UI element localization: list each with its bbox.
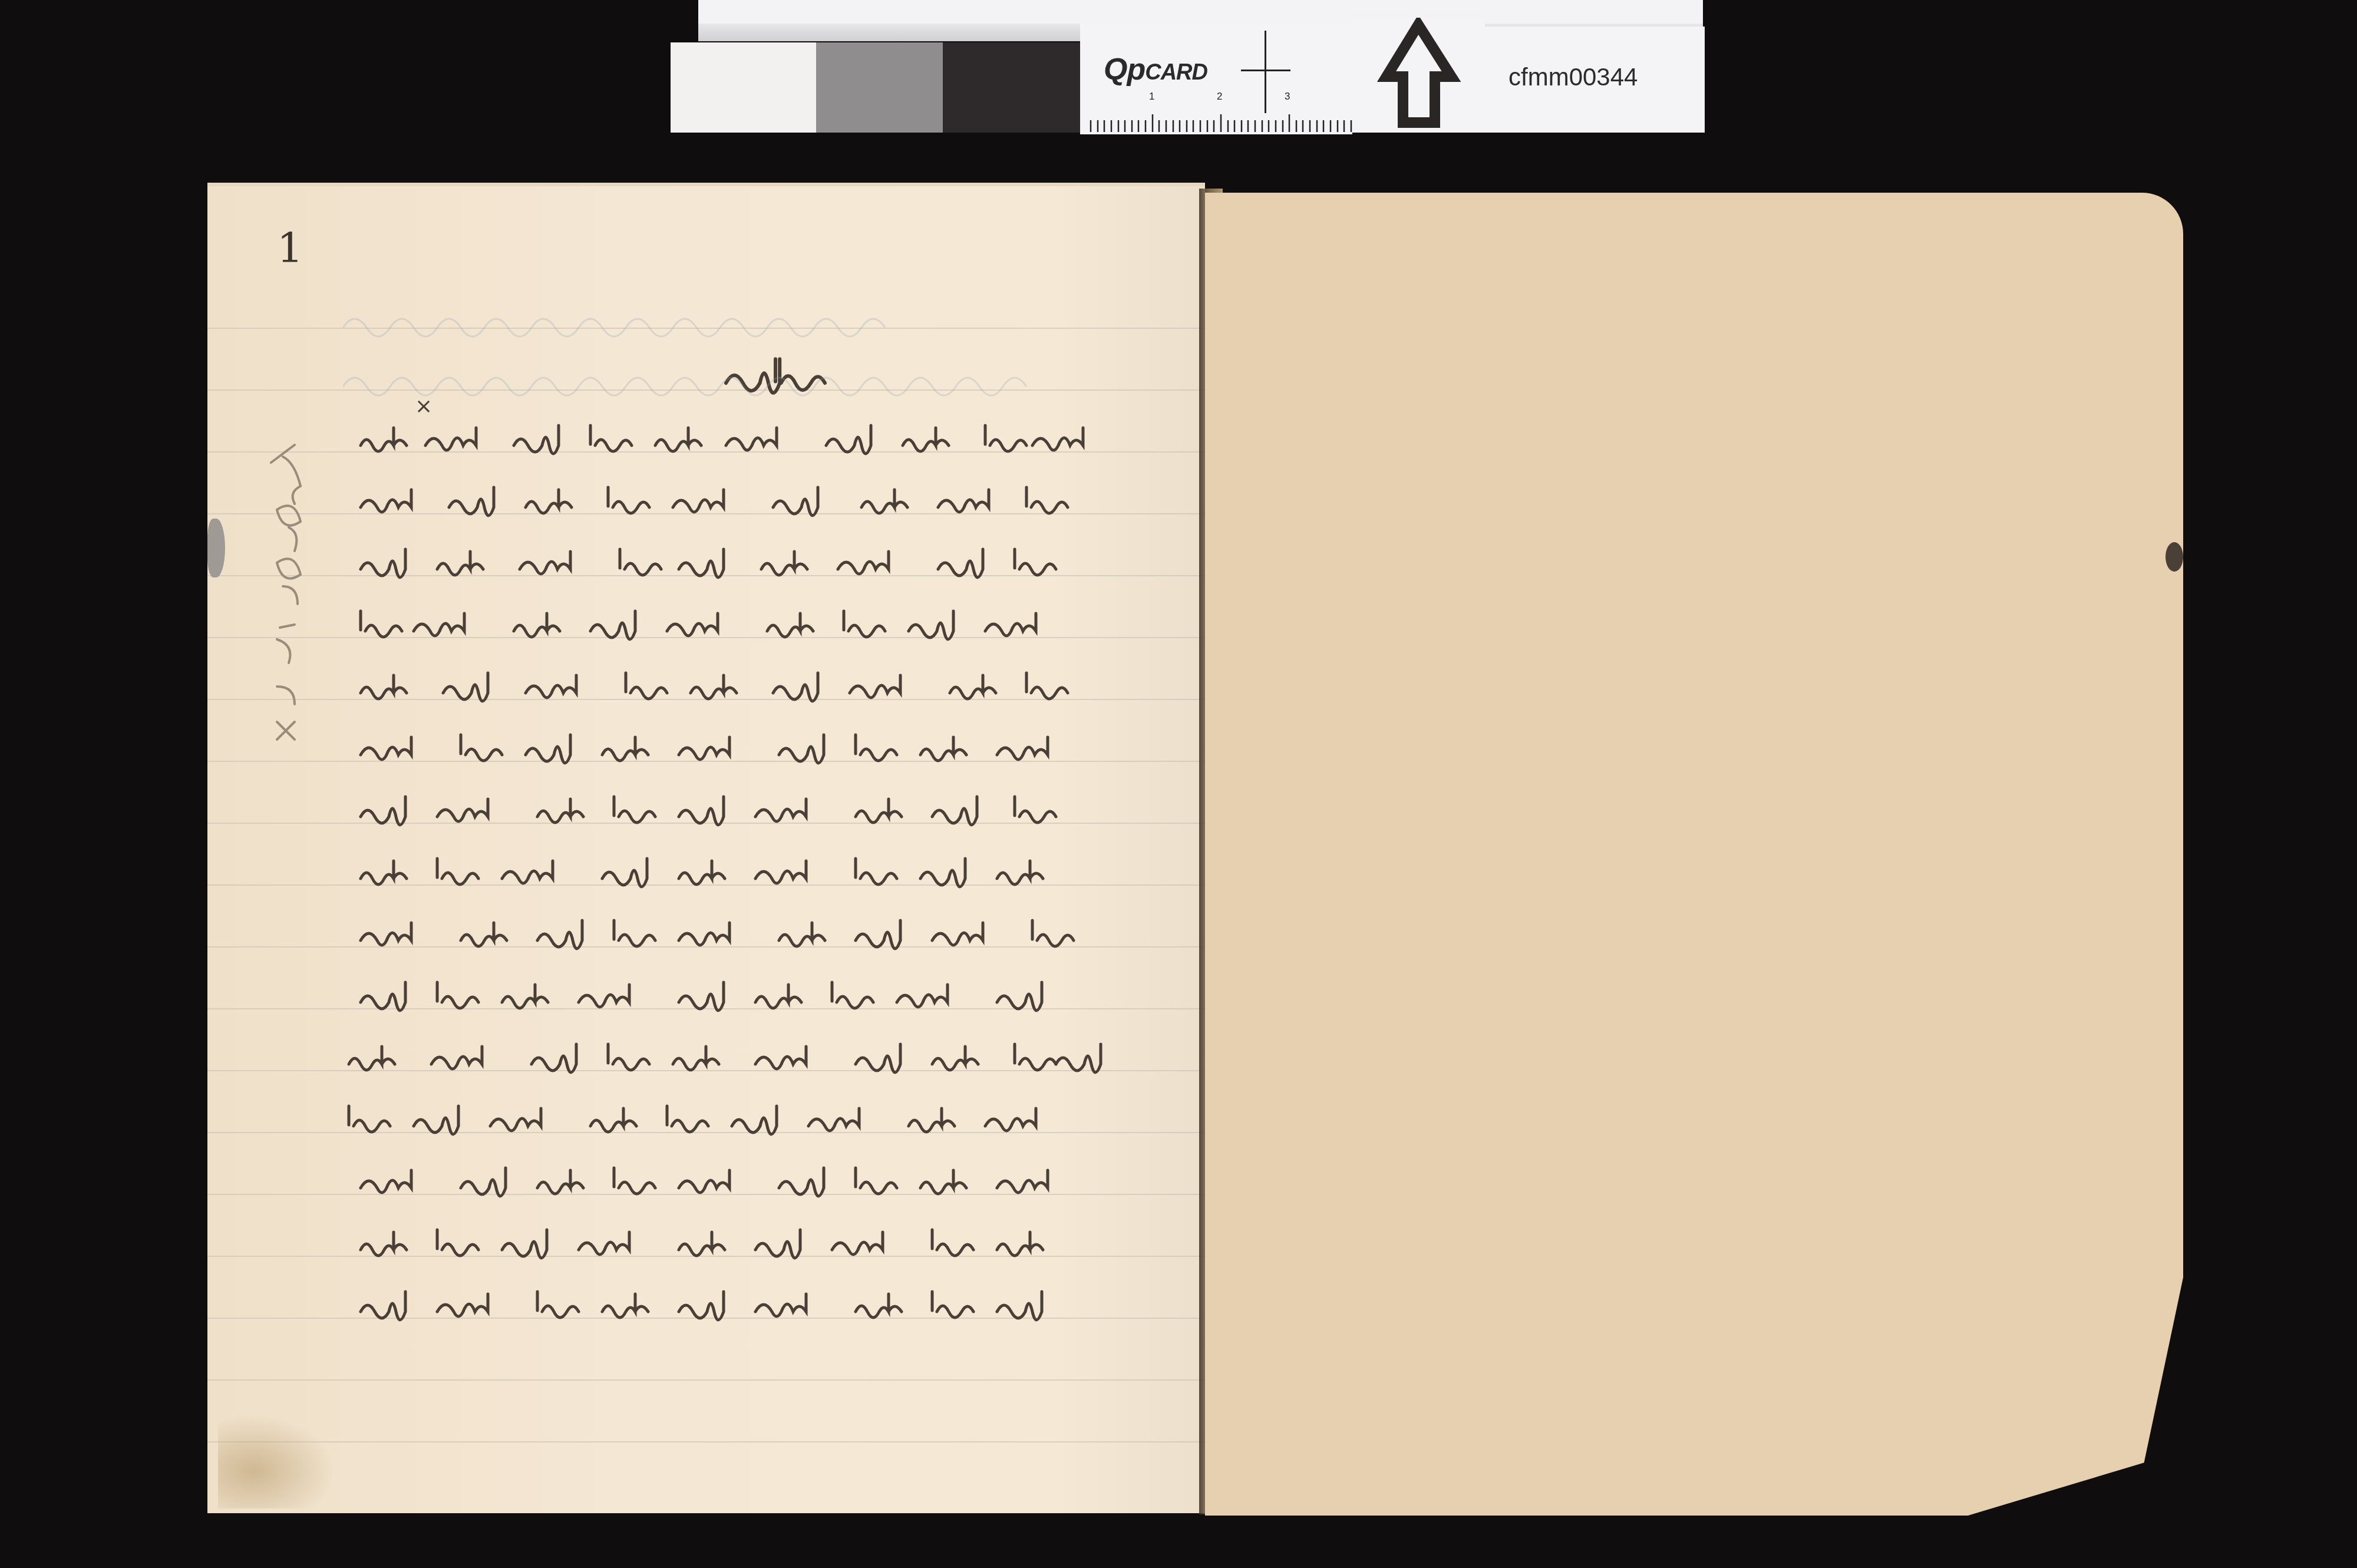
identifier-panel: cfmm00344 bbox=[1485, 27, 1705, 133]
left-page: × bbox=[207, 183, 1205, 1513]
page-tear bbox=[207, 519, 225, 577]
swatch-dark bbox=[943, 42, 1080, 133]
water-stain bbox=[218, 1414, 336, 1508]
right-page-nick bbox=[2165, 542, 2183, 572]
crosshair-icon-h bbox=[1241, 70, 1290, 71]
manuscript-id: cfmm00344 bbox=[1508, 63, 1638, 91]
up-arrow-icon bbox=[1352, 18, 1485, 133]
swatch-white bbox=[671, 42, 816, 133]
right-page-blank bbox=[1205, 193, 2183, 1516]
ruler-ticks bbox=[1080, 91, 1352, 132]
margin-pencil-note bbox=[259, 439, 312, 769]
ruler: 1 2 3 bbox=[1080, 91, 1352, 132]
orientation-arrow-panel bbox=[1352, 18, 1485, 133]
qp-brand: Qp bbox=[1104, 52, 1145, 87]
qp-card-logo: QpCARD bbox=[1104, 52, 1207, 87]
swatch-gray bbox=[816, 42, 943, 133]
ink-lines bbox=[349, 359, 1101, 1320]
page-number: 1 bbox=[277, 224, 303, 272]
qp-card-panel: QpCARD 1 2 3 bbox=[1080, 24, 1352, 134]
show-through-text bbox=[343, 298, 1109, 487]
qp-brand-suffix: CARD bbox=[1145, 60, 1207, 85]
